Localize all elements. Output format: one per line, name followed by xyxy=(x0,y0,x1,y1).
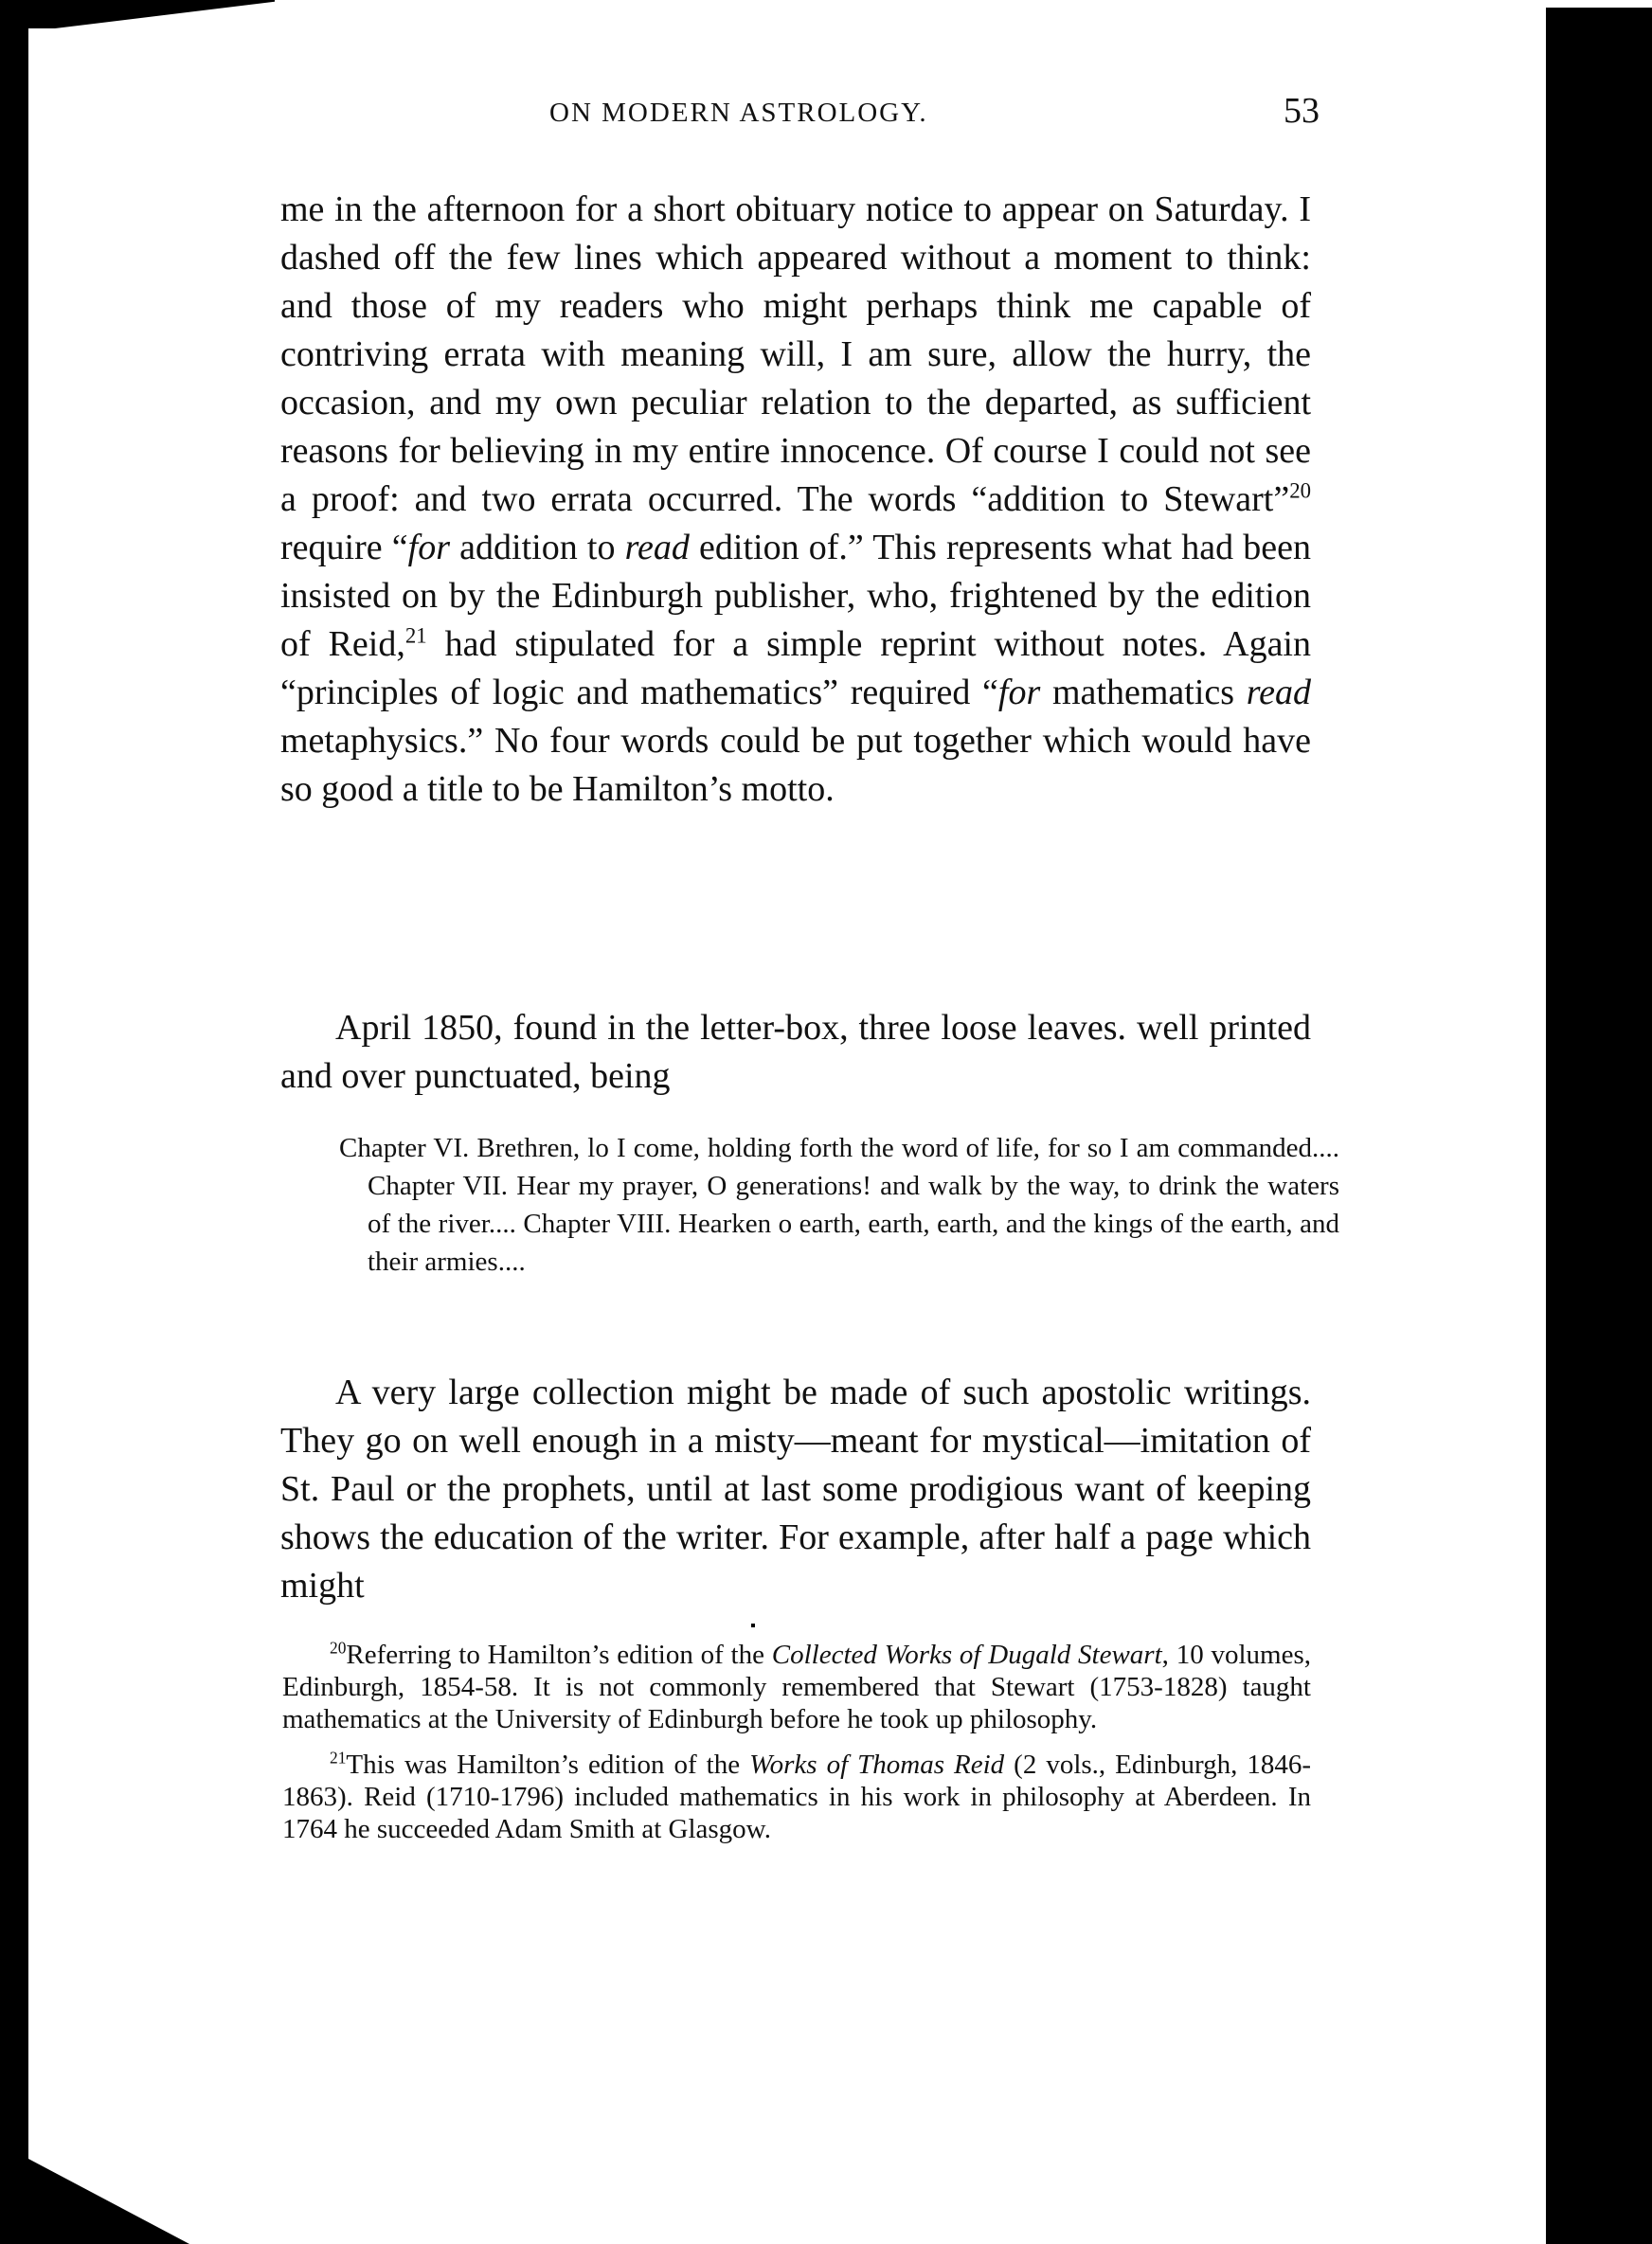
footnote-number: 21 xyxy=(330,1748,346,1767)
italic-text: Works of Thomas Reid xyxy=(749,1750,1004,1780)
text-run: require “ xyxy=(280,528,408,567)
block-quote: Chapter VI. Brethren, lo I come, holding… xyxy=(339,1129,1339,1281)
scan-page-curl-bottom xyxy=(0,2055,189,2244)
text-run: mathematics xyxy=(1040,673,1246,712)
stray-mark xyxy=(751,1624,755,1627)
body-paragraph-3: A very large collection might be made of… xyxy=(280,1369,1311,1610)
footnote-21: 21This was Hamilton’s edition of the Wor… xyxy=(282,1749,1311,1845)
footnote-ref-20: 20 xyxy=(1289,478,1311,502)
text-run: addition to xyxy=(450,528,625,567)
text-run: metaphysics.” No four words could be put… xyxy=(280,721,1311,809)
footnote-number: 20 xyxy=(330,1638,346,1657)
italic-text: for xyxy=(408,528,450,567)
italic-text: read xyxy=(625,528,690,567)
page-number: 53 xyxy=(1284,90,1320,132)
footnotes: 20Referring to Hamilton’s edition of the… xyxy=(282,1639,1311,1858)
text-run: This was Hamilton’s edition of the xyxy=(346,1750,749,1780)
italic-text: Collected Works of Dugald Stewart xyxy=(772,1640,1162,1670)
scan-page-curl-top xyxy=(0,0,275,28)
text-run: me in the afternoon for a short obituary… xyxy=(280,189,1311,519)
body-paragraph-2: April 1850, found in the letter-box, thr… xyxy=(280,1004,1311,1101)
footnote-ref-21: 21 xyxy=(405,623,427,647)
text-run: Referring to Hamilton’s edition of the xyxy=(346,1640,771,1670)
italic-text: read xyxy=(1247,673,1311,712)
scan-right-border xyxy=(1546,8,1652,2244)
italic-text: for xyxy=(998,673,1040,712)
footnote-20: 20Referring to Hamilton’s edition of the… xyxy=(282,1639,1311,1735)
running-title: ON MODERN ASTROLOGY. xyxy=(549,98,928,129)
body-paragraph-1: me in the afternoon for a short obituary… xyxy=(280,186,1311,814)
scan-left-border xyxy=(0,0,28,2244)
